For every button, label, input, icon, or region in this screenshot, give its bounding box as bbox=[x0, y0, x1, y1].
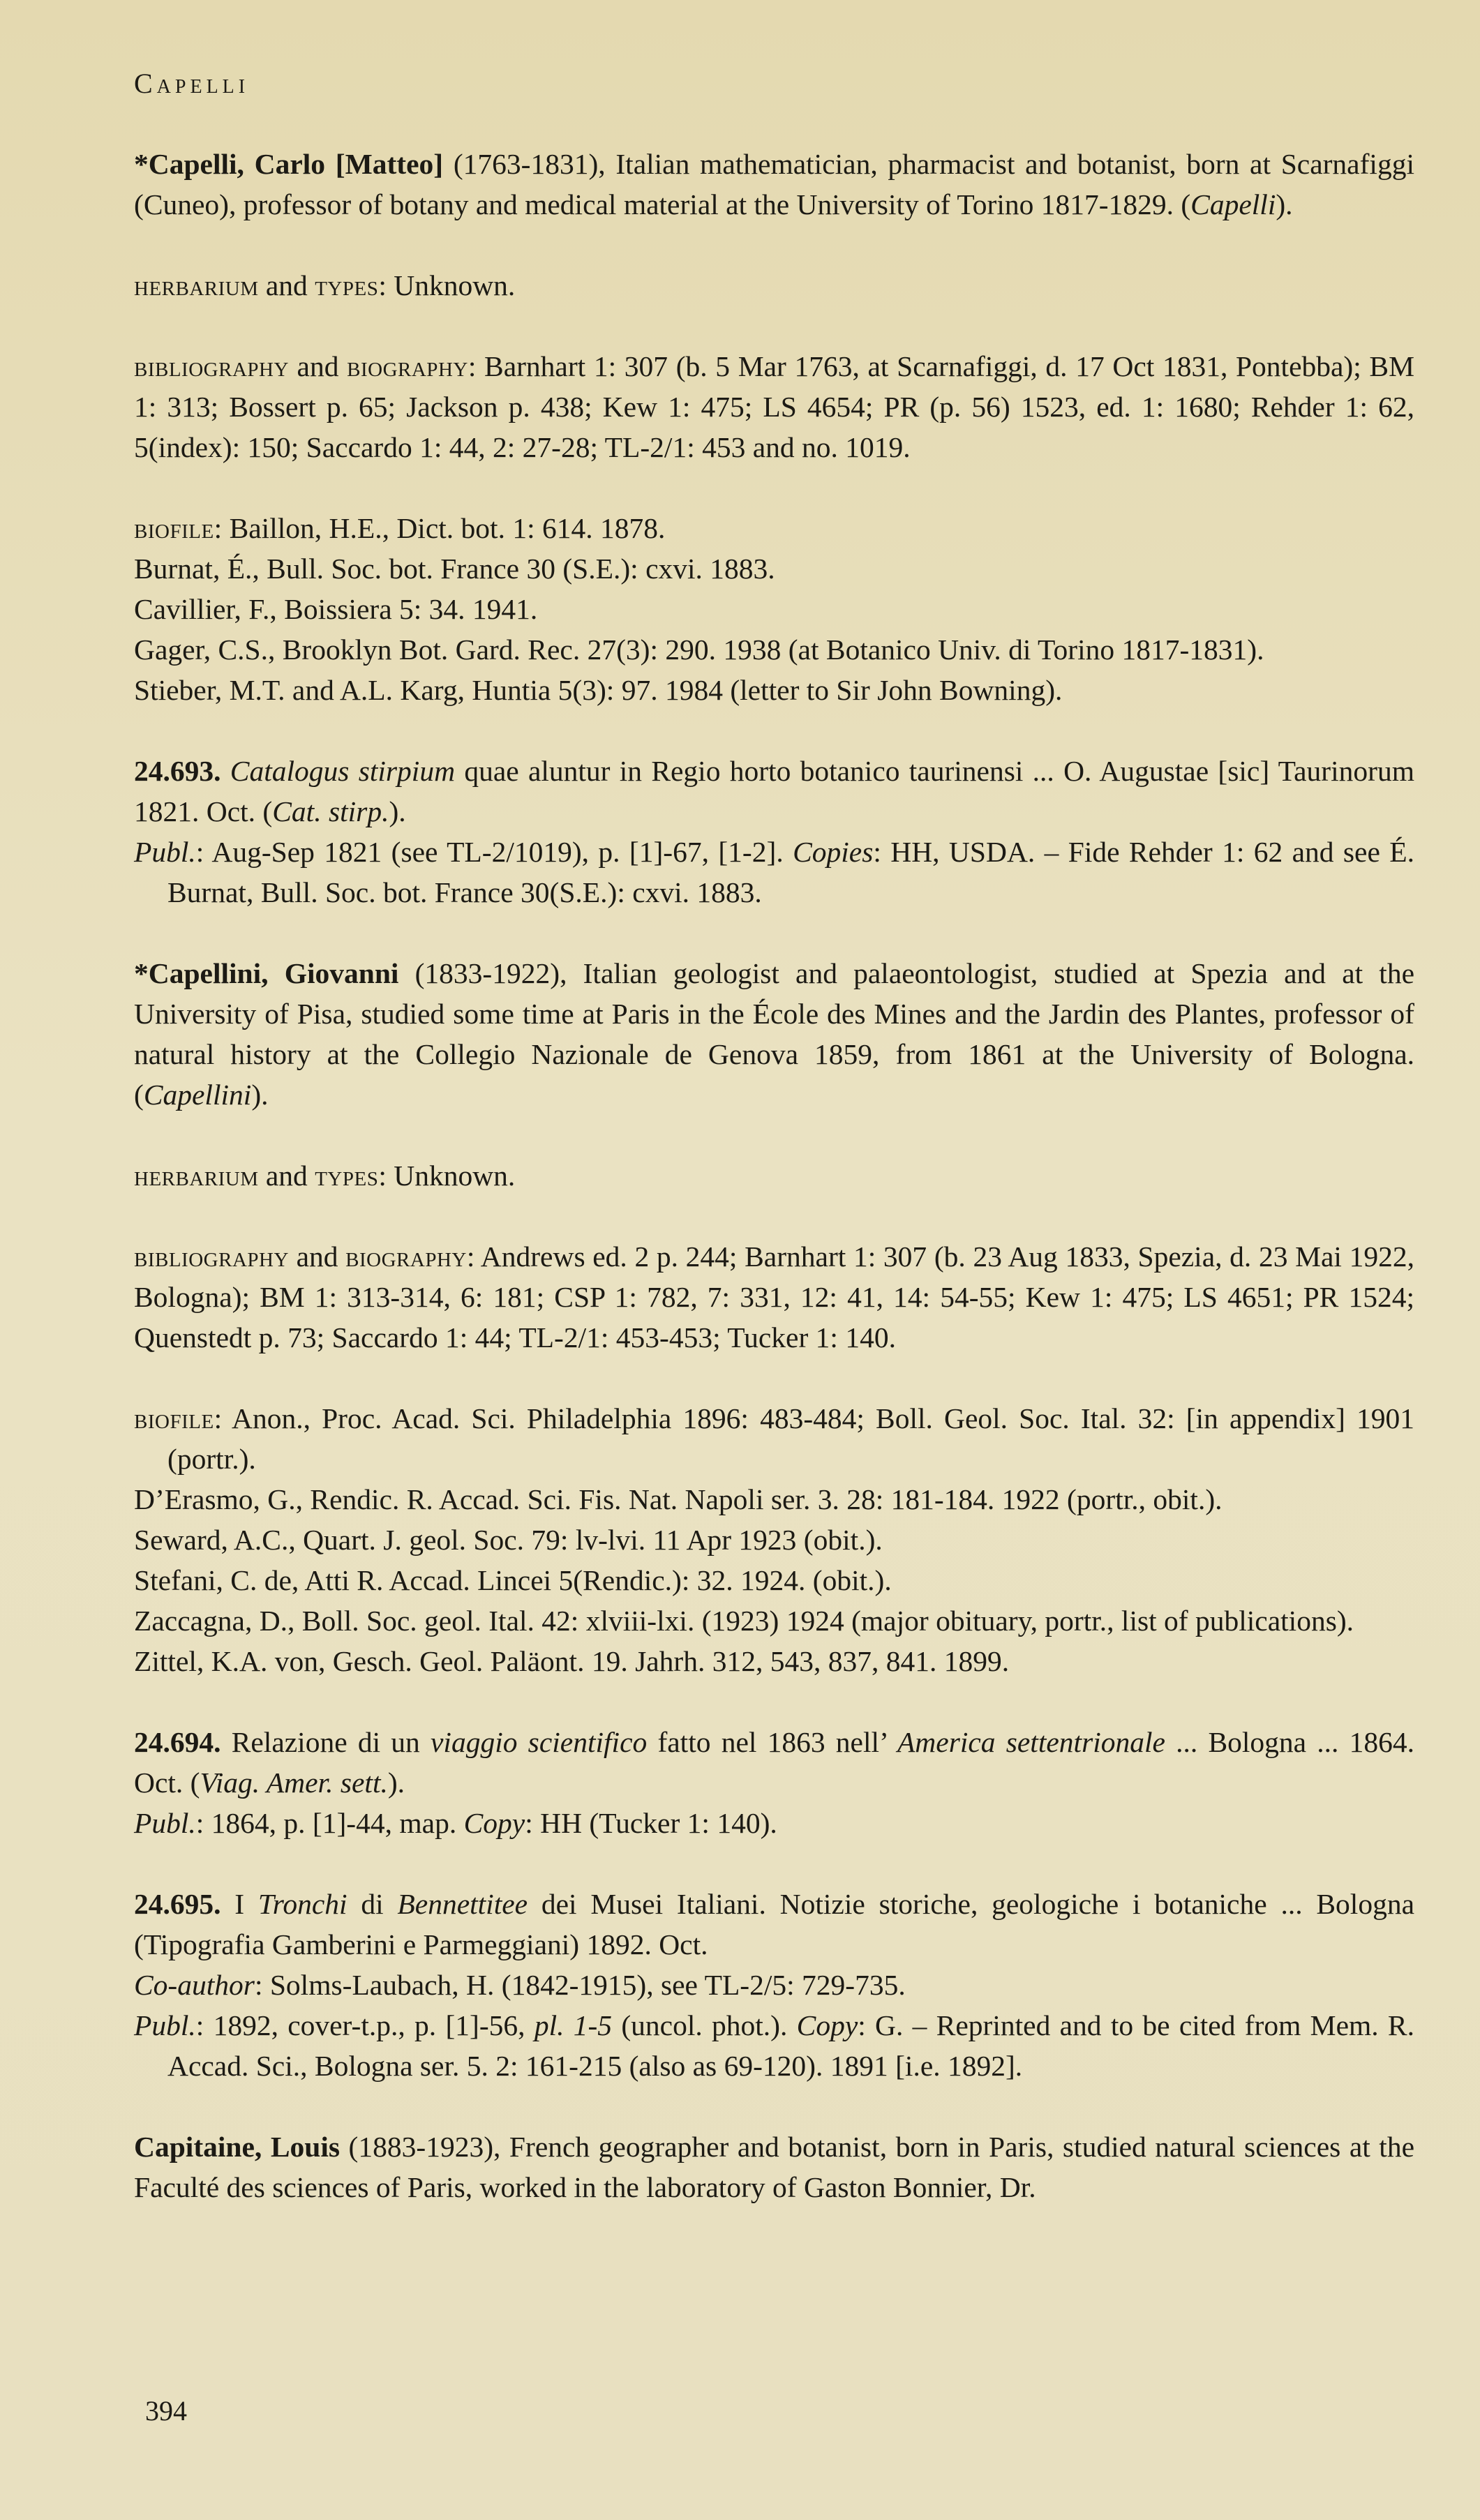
biofile-list: biofile: Baillon, H.E., Dict. bot. 1: 61… bbox=[134, 508, 1414, 710]
bibliography-line: bibliography and biography: Andrews ed. … bbox=[134, 1236, 1414, 1358]
entry-heading: *Capelli, Carlo [Matteo] (1763-1831), It… bbox=[134, 144, 1414, 225]
biofile-item: Seward, A.C., Quart. J. geol. Soc. 79: l… bbox=[134, 1520, 1414, 1560]
work-entry: 24.693. Catalogus stirpium quae aluntur … bbox=[134, 751, 1414, 913]
entry-capellini: *Capellini, Giovanni (1833-1922), Italia… bbox=[134, 953, 1414, 2086]
work-coauthor: Co-author: Solms-Laubach, H. (1842-1915)… bbox=[134, 1965, 1414, 2005]
biofile-item: Burnat, É., Bull. Soc. bot. France 30 (S… bbox=[134, 548, 1414, 589]
work-title: 24.694. Relazione di un viaggio scientif… bbox=[134, 1722, 1414, 1803]
work-publication: Publ.: Aug-Sep 1821 (see TL-2/1019), p. … bbox=[134, 832, 1414, 913]
author-name: Capitaine, Louis bbox=[134, 2131, 340, 2163]
page-number: 394 bbox=[145, 2394, 187, 2427]
entry-heading: *Capellini, Giovanni (1833-1922), Italia… bbox=[134, 953, 1414, 1115]
herbarium-line: herbarium and types: Unknown. bbox=[134, 265, 1414, 306]
biofile-item: Zittel, K.A. von, Gesch. Geol. Paläont. … bbox=[134, 1641, 1414, 1681]
work-entry: 24.695. I Tronchi di Bennettitee dei Mus… bbox=[134, 1884, 1414, 2086]
entry-capitaine: Capitaine, Louis (1883-1923), French geo… bbox=[134, 2127, 1414, 2207]
body-text: *Capelli, Carlo [Matteo] (1763-1831), It… bbox=[134, 144, 1414, 2207]
entry-capelli: *Capelli, Carlo [Matteo] (1763-1831), It… bbox=[134, 144, 1414, 913]
work-number: 24.693. bbox=[134, 755, 221, 787]
running-head: Capelli bbox=[134, 67, 249, 100]
herbarium-line: herbarium and types: Unknown. bbox=[134, 1155, 1414, 1196]
biofile-item: D’Erasmo, G., Rendic. R. Accad. Sci. Fis… bbox=[134, 1479, 1414, 1520]
author-name: *Capellini, Giovanni bbox=[134, 957, 398, 989]
author-abbreviation: Capellini bbox=[144, 1079, 251, 1111]
biofile-item: biofile: Baillon, H.E., Dict. bot. 1: 61… bbox=[134, 508, 1414, 548]
biofile-item: Cavillier, F., Boissiera 5: 34. 1941. bbox=[134, 589, 1414, 629]
work-number: 24.695. bbox=[134, 1888, 221, 1920]
entry-heading: Capitaine, Louis (1883-1923), French geo… bbox=[134, 2127, 1414, 2207]
work-title: 24.695. I Tronchi di Bennettitee dei Mus… bbox=[134, 1884, 1414, 1965]
bibliography-line: bibliography and biography: Barnhart 1: … bbox=[134, 346, 1414, 467]
work-entry: 24.694. Relazione di un viaggio scientif… bbox=[134, 1722, 1414, 1843]
biofile-item: Stieber, M.T. and A.L. Karg, Huntia 5(3)… bbox=[134, 670, 1414, 710]
biofile-item: Zaccagna, D., Boll. Soc. geol. Ital. 42:… bbox=[134, 1600, 1414, 1641]
biofile-list: biofile: Anon., Proc. Acad. Sci. Philade… bbox=[134, 1398, 1414, 1681]
author-abbreviation: Capelli bbox=[1190, 188, 1276, 220]
biofile-item: biofile: Anon., Proc. Acad. Sci. Philade… bbox=[134, 1398, 1414, 1479]
work-publication: Publ.: 1892, cover-t.p., p. [1]-56, pl. … bbox=[134, 2005, 1414, 2086]
work-publication: Publ.: 1864, p. [1]-44, map. Copy: HH (T… bbox=[134, 1803, 1414, 1843]
author-name: *Capelli, Carlo [Matteo] bbox=[134, 148, 443, 180]
biofile-item: Stefani, C. de, Atti R. Accad. Lincei 5(… bbox=[134, 1560, 1414, 1600]
work-title: 24.693. Catalogus stirpium quae aluntur … bbox=[134, 751, 1414, 832]
work-number: 24.694. bbox=[134, 1726, 221, 1758]
biofile-item: Gager, C.S., Brooklyn Bot. Gard. Rec. 27… bbox=[134, 629, 1414, 670]
